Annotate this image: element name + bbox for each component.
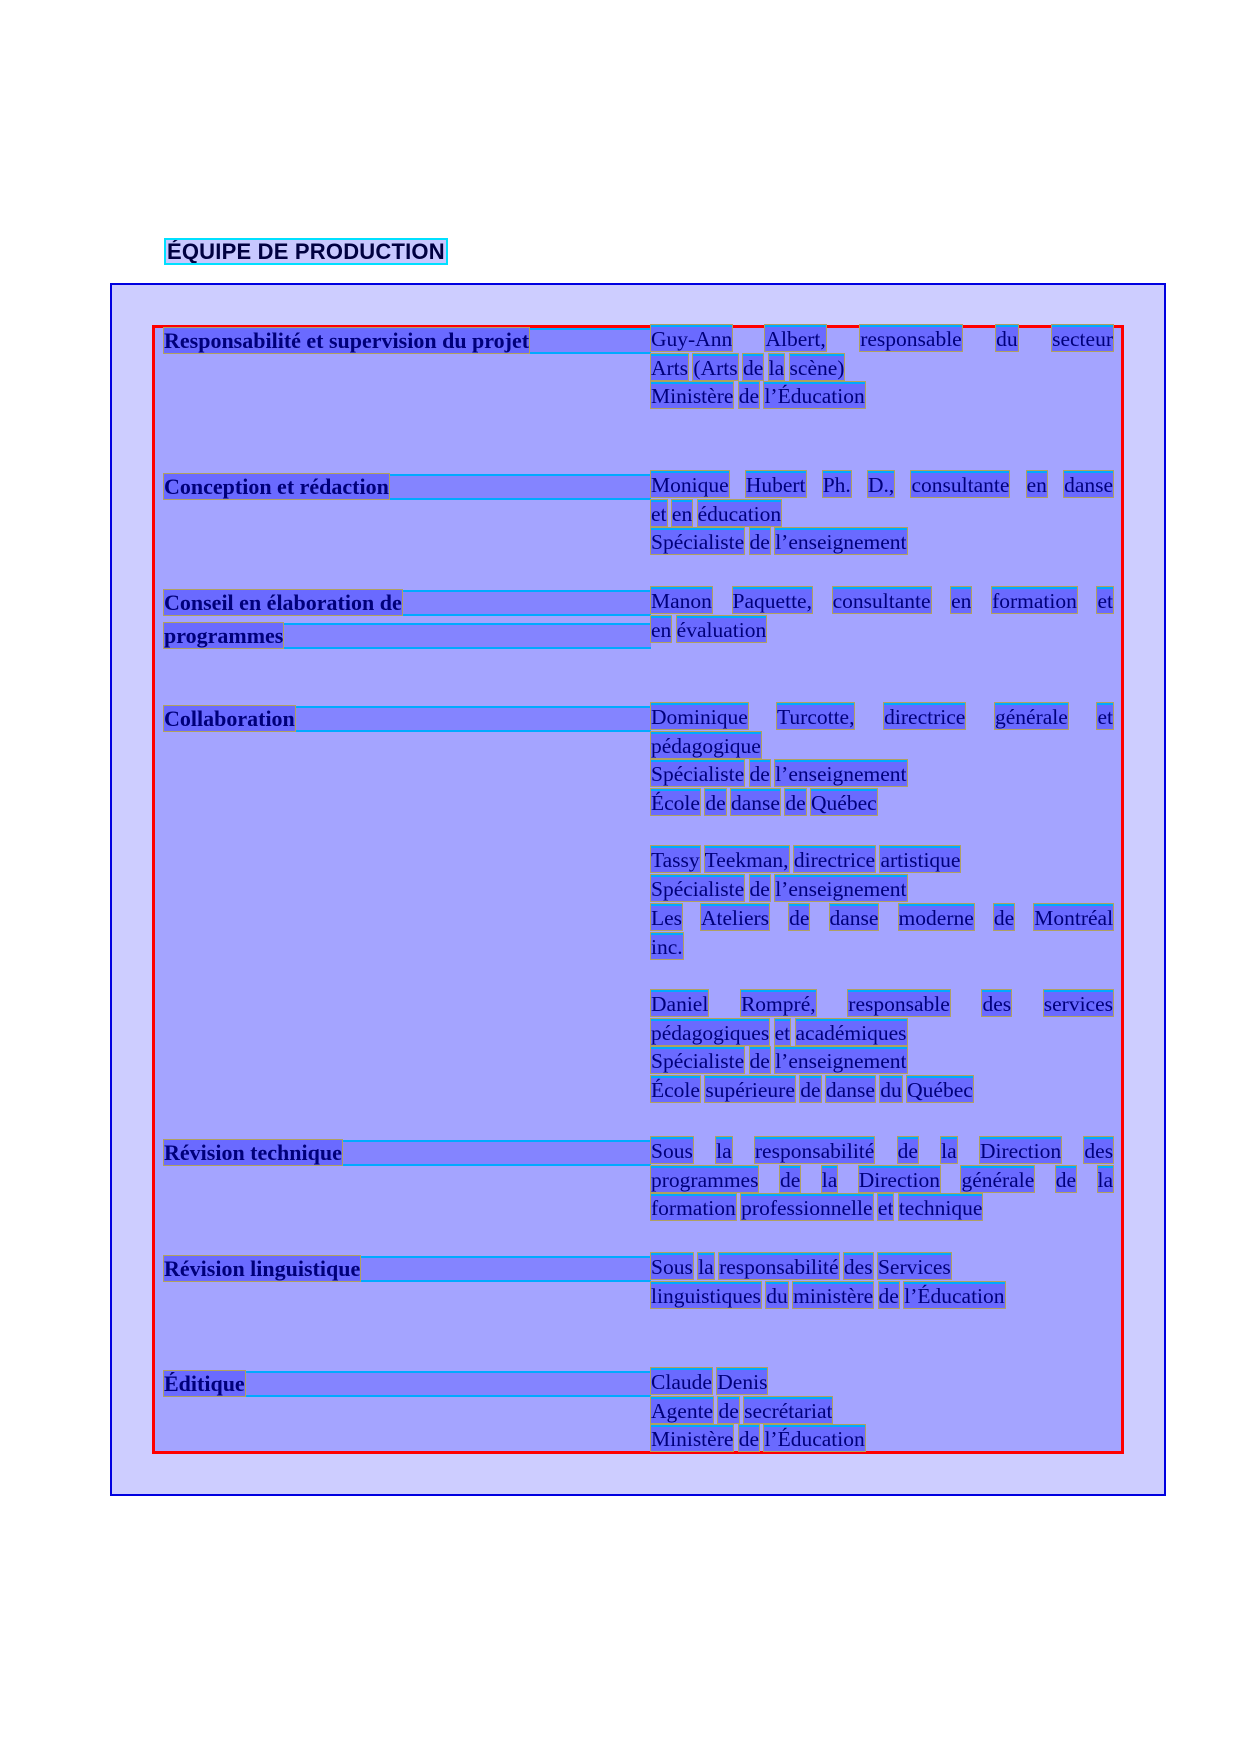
credit-role: Responsabilité et supervision du projet <box>164 328 651 361</box>
credit-people: Monique Hubert Ph. D., consultante en da… <box>651 473 1113 559</box>
word: l’enseignement <box>775 875 906 901</box>
word: Direction <box>980 1137 1061 1163</box>
word: en <box>951 587 971 613</box>
word: la <box>698 1253 714 1279</box>
credit-person-line: Monique Hubert Ph. D., consultante en da… <box>651 473 1113 497</box>
word: du <box>996 325 1018 351</box>
credit-role: Révision linguistique <box>164 1256 651 1289</box>
word: des <box>844 1253 873 1279</box>
word: responsable <box>848 990 950 1016</box>
word: secteur <box>1052 325 1113 351</box>
word: l’enseignement <box>775 760 906 786</box>
word: responsabilité <box>719 1253 838 1279</box>
word: de <box>785 789 805 815</box>
credit-person-line: Sous la responsabilité des Services <box>651 1255 1113 1279</box>
word: Claude <box>651 1368 712 1394</box>
word: École <box>651 789 700 815</box>
word: de <box>879 1282 899 1308</box>
word: de <box>718 1397 738 1423</box>
credit-person-line: Agente de secrétariat <box>651 1399 1113 1423</box>
word: Montréal <box>1034 904 1113 930</box>
word: directrice <box>884 703 965 729</box>
word: danse <box>826 1076 875 1102</box>
word: l’Éducation <box>904 1282 1004 1308</box>
word: Dominique <box>651 703 748 729</box>
word: Québec <box>811 789 877 815</box>
word: de <box>750 528 770 554</box>
word: de <box>800 1076 820 1102</box>
credit-people: Sous la responsabilité des Serviceslingu… <box>651 1255 1113 1312</box>
word: moderne <box>899 904 974 930</box>
word: responsabilité <box>755 1137 874 1163</box>
word: artistique <box>880 846 960 872</box>
credit-person-line: inc. <box>651 935 1113 959</box>
word: Turcotte, <box>777 703 854 729</box>
word: D., <box>868 471 894 497</box>
word: pédagogiques <box>651 1019 769 1045</box>
word: de <box>789 904 809 930</box>
word: en <box>651 616 671 642</box>
credit-role-line: Conseil en élaboration de <box>164 590 651 616</box>
word: Ph. <box>823 471 851 497</box>
word: Denis <box>717 1368 767 1394</box>
word: générale <box>961 1166 1034 1192</box>
credit-person-line: Ministère de l’Éducation <box>651 1427 1113 1451</box>
word: évaluation <box>677 616 767 642</box>
word: danse <box>1064 471 1113 497</box>
credit-people: Manon Paquette, consultante en formation… <box>651 589 1113 646</box>
credit-person-line: pédagogiques et académiques <box>651 1021 1113 1045</box>
word: (Arts <box>693 354 737 380</box>
word: de <box>994 904 1014 930</box>
word: du <box>766 1282 788 1308</box>
word: formation <box>651 1194 736 1220</box>
word: la <box>769 354 785 380</box>
credit-person-line: Arts (Arts de la scène) <box>651 356 1113 380</box>
word: Sous <box>651 1137 693 1163</box>
word: des <box>1084 1137 1113 1163</box>
credit-role-text: Responsabilité et supervision du projet <box>164 328 529 353</box>
credit-role-text: Révision technique <box>164 1140 342 1165</box>
credit-role-line: Révision technique <box>164 1140 651 1166</box>
credit-person-line: Daniel Rompré, responsable des services <box>651 992 1113 1016</box>
word: École <box>651 1076 700 1102</box>
word: des <box>982 990 1011 1016</box>
word: de <box>750 875 770 901</box>
credit-person-line: Tassy Teekman, directrice artistique <box>651 848 1113 872</box>
word: académiques <box>796 1019 907 1045</box>
word: Spécialiste <box>651 760 744 786</box>
word: Agente <box>651 1397 713 1423</box>
word: consultante <box>833 587 931 613</box>
credit-role: Conseil en élaboration deprogrammes <box>164 590 651 655</box>
word: consultante <box>911 471 1009 497</box>
word: Tassy <box>651 846 700 872</box>
word: de <box>1056 1166 1076 1192</box>
credit-person-line: Dominique Turcotte, directrice générale … <box>651 705 1113 729</box>
credit-person-line: Les Ateliers de danse moderne de Montréa… <box>651 906 1113 930</box>
credit-people: Sous la responsabilité de la Direction d… <box>651 1139 1113 1225</box>
word: Teekman, <box>705 846 789 872</box>
credit-role-line: Révision linguistique <box>164 1256 651 1282</box>
word: générale <box>995 703 1068 729</box>
credit-role-text: Conseil en élaboration de <box>164 590 402 615</box>
credit-person-line: École supérieure de danse du Québec <box>651 1078 1113 1102</box>
word: de <box>780 1166 800 1192</box>
word: formation <box>992 587 1077 613</box>
word: ministère <box>793 1282 873 1308</box>
credit-role-text: programmes <box>164 623 283 648</box>
word: Sous <box>651 1253 693 1279</box>
credit-role-text: Éditique <box>164 1371 245 1396</box>
credit-people: Dominique Turcotte, directrice générale … <box>651 705 1113 1107</box>
credit-person-line: et en éducation <box>651 502 1113 526</box>
word: Arts <box>651 354 688 380</box>
word: responsable <box>860 325 962 351</box>
word: et <box>775 1019 791 1045</box>
word: Spécialiste <box>651 528 744 554</box>
word: Les <box>651 904 682 930</box>
word: et <box>1097 703 1113 729</box>
credit-person-line: formation professionnelle et technique <box>651 1196 1113 1220</box>
word: secrétariat <box>744 1397 832 1423</box>
word: de <box>750 760 770 786</box>
word: de <box>705 789 725 815</box>
word: Services <box>878 1253 951 1279</box>
word: la <box>1098 1166 1114 1192</box>
word: inc. <box>651 933 683 959</box>
word: programmes <box>651 1166 758 1192</box>
spacer <box>651 963 1113 992</box>
credit-role: Collaboration <box>164 706 651 739</box>
word: Ateliers <box>701 904 769 930</box>
word: la <box>716 1137 732 1163</box>
word: de <box>739 1425 759 1451</box>
word: Albert, <box>765 325 825 351</box>
credit-person-line: Spécialiste de l’enseignement <box>651 530 1113 554</box>
credit-role: Conception et rédaction <box>164 474 651 507</box>
word: scène) <box>790 354 845 380</box>
word: la <box>941 1137 957 1163</box>
word: Spécialiste <box>651 875 744 901</box>
credit-people: Guy-Ann Albert, responsable du secteurAr… <box>651 327 1113 413</box>
word: Direction <box>859 1166 940 1192</box>
word: Daniel <box>651 990 708 1016</box>
word: Manon <box>651 587 712 613</box>
credit-person-line: Guy-Ann Albert, responsable du secteur <box>651 327 1113 351</box>
credit-person-line: Spécialiste de l’enseignement <box>651 877 1113 901</box>
credit-role-text: Collaboration <box>164 706 295 731</box>
word: technique <box>899 1194 983 1220</box>
credit-role-line: Éditique <box>164 1371 651 1397</box>
spacer <box>651 820 1113 849</box>
credit-role: Révision technique <box>164 1140 651 1173</box>
word: et <box>878 1194 894 1220</box>
credit-person-line: en évaluation <box>651 618 1113 642</box>
word: services <box>1044 990 1113 1016</box>
credit-person-line: Claude Denis <box>651 1370 1113 1394</box>
credit-person-line: programmes de la Direction générale de l… <box>651 1168 1113 1192</box>
word: l’Éducation <box>764 1425 864 1451</box>
word: danse <box>731 789 780 815</box>
word: la <box>822 1166 838 1192</box>
credit-role-text: Révision linguistique <box>164 1256 360 1281</box>
credit-role-text: Conception et rédaction <box>164 474 389 499</box>
credit-role-line: Responsabilité et supervision du projet <box>164 328 651 354</box>
word: Hubert <box>746 471 806 497</box>
page-title: ÉQUIPE DE PRODUCTION <box>166 240 446 263</box>
word: en <box>1027 471 1047 497</box>
word: Québec <box>907 1076 973 1102</box>
credit-role-line: programmes <box>164 623 651 649</box>
word: en <box>672 500 692 526</box>
word: professionnelle <box>741 1194 872 1220</box>
credit-person-line: Ministère de l’Éducation <box>651 384 1113 408</box>
credit-people: Claude DenisAgente de secrétariatMinistè… <box>651 1370 1113 1456</box>
credit-person-line: Spécialiste de l’enseignement <box>651 1049 1113 1073</box>
word: et <box>1097 587 1113 613</box>
credit-person-line: Sous la responsabilité de la Direction d… <box>651 1139 1113 1163</box>
word: Rompré, <box>741 990 816 1016</box>
word: éducation <box>698 500 782 526</box>
word: de <box>739 382 759 408</box>
word: Paquette, <box>733 587 812 613</box>
word: Spécialiste <box>651 1047 744 1073</box>
word: et <box>651 500 667 526</box>
word: directrice <box>794 846 875 872</box>
word: du <box>880 1076 902 1102</box>
word: de <box>750 1047 770 1073</box>
word: l’Éducation <box>764 382 864 408</box>
word: de <box>898 1137 918 1163</box>
word: Monique <box>651 471 729 497</box>
word: pédagogique <box>651 732 761 758</box>
credit-person-line: Manon Paquette, consultante en formation… <box>651 589 1113 613</box>
word: danse <box>830 904 879 930</box>
word: l’enseignement <box>775 528 906 554</box>
credit-person-line: École de danse de Québec <box>651 791 1113 815</box>
credit-role: Éditique <box>164 1371 651 1404</box>
word: linguistiques <box>651 1282 761 1308</box>
word: Ministère <box>651 382 733 408</box>
word: Guy-Ann <box>651 325 732 351</box>
credit-role-line: Collaboration <box>164 706 651 732</box>
credit-role-line: Conception et rédaction <box>164 474 651 500</box>
credit-person-line: Spécialiste de l’enseignement <box>651 762 1113 786</box>
word: de <box>743 354 763 380</box>
credit-person-line: pédagogique <box>651 734 1113 758</box>
word: Ministère <box>651 1425 733 1451</box>
word: supérieure <box>705 1076 795 1102</box>
credit-person-line: linguistiques du ministère de l’Éducatio… <box>651 1284 1113 1308</box>
word: l’enseignement <box>775 1047 906 1073</box>
